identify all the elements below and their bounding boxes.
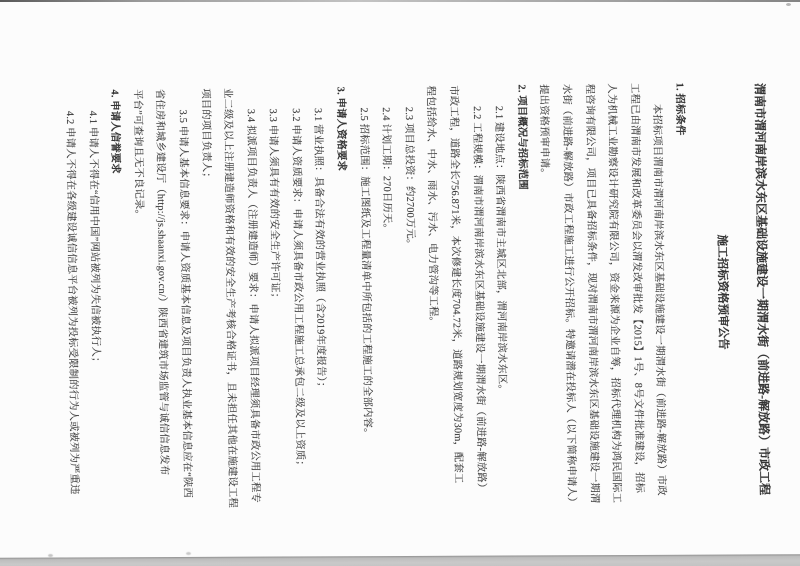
document-body: 1. 招标条件本招标项目渭南市渭河南岸滨水东区基础设施建设一期渭水街（前进路-解… bbox=[57, 82, 695, 510]
doc-title: 渭南市渭河南岸滨水东区基础设施建设一期渭水街（前进路-解放路）市政工程 bbox=[751, 76, 773, 501]
doc-subtitle: 施工招标资格预审公告 bbox=[712, 82, 732, 502]
document-sheet: 渭南市渭河南岸滨水东区基础设施建设一期渭水街（前进路-解放路）市政工程 施工招标… bbox=[0, 0, 800, 566]
scan-page: 渭南市渭河南岸滨水东区基础设施建设一期渭水街（前进路-解放路）市政工程 施工招标… bbox=[0, 0, 800, 566]
scan-top-edge-artifact bbox=[0, 0, 800, 2]
scan-speckle-artifact bbox=[786, 3, 791, 6]
document-content: 渭南市渭河南岸滨水东区基础设施建设一期渭水街（前进路-解放路）市政工程 施工招标… bbox=[56, 0, 800, 566]
